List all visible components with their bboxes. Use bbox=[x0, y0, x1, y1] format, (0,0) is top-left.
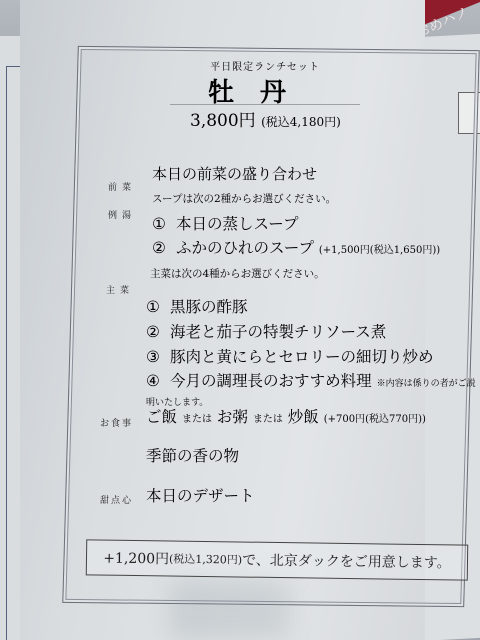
category-soup: 例湯 bbox=[108, 208, 136, 221]
soup-note: スープは次の2種からお選びください。 bbox=[152, 191, 336, 206]
hand-shadow bbox=[170, 580, 290, 640]
category-meal: お食事 bbox=[100, 416, 133, 429]
soup-surcharge: (+1,500円(税込1,650円)) bbox=[319, 245, 440, 256]
peking-text: で、北京ダックをご用意します。 bbox=[242, 550, 451, 573]
peking-duck-box: +1,200円 (税込1,320円) で、北京ダックをご用意します。 bbox=[86, 539, 468, 580]
main-item: ②海老と茄子の特製チリソース煮 bbox=[146, 320, 386, 342]
main-item: ①黒豚の酢豚 bbox=[146, 295, 248, 317]
peking-price: +1,200円 bbox=[103, 548, 169, 569]
category-dessert: 甜点心 bbox=[100, 493, 133, 506]
price-value: 3,800円 bbox=[190, 111, 256, 131]
soup-item: ①本日の蒸しスープ bbox=[152, 212, 298, 234]
main-item: ③豚肉と黄にらとセロリーの細切り炒め bbox=[146, 345, 434, 367]
pickles-text: 季節の香の物 bbox=[146, 444, 239, 466]
main-note: 主菜は次の4種からお選びください。 bbox=[150, 266, 325, 281]
dessert-text: 本日のデザート bbox=[146, 484, 255, 506]
category-main: 主菜 bbox=[106, 283, 134, 296]
category-appetizer: 前菜 bbox=[108, 180, 136, 193]
title-divider bbox=[170, 104, 360, 105]
set-price: 3,800円 (税込4,180円) bbox=[190, 106, 341, 131]
meal-options: ご飯 または お粥 または 炒飯 (+700円(税込770円)) bbox=[146, 405, 426, 427]
main-item: ④今月の調理長のおすすめ料理 ※内容は係りの者がご説明いたします。 bbox=[146, 369, 480, 409]
soup-item: ②ふかのひれのスープ (+1,500円(税込1,650円)) bbox=[152, 236, 440, 258]
appetizer-text: 本日の前菜の盛り合わせ bbox=[152, 163, 317, 184]
price-tax: (税込4,180円) bbox=[261, 115, 341, 129]
meal-surcharge: (+700円(税込770円)) bbox=[324, 414, 426, 425]
peking-price-tax: (税込1,320円) bbox=[169, 550, 242, 567]
menu-subtitle: 平日限定ランチセット bbox=[205, 58, 325, 73]
